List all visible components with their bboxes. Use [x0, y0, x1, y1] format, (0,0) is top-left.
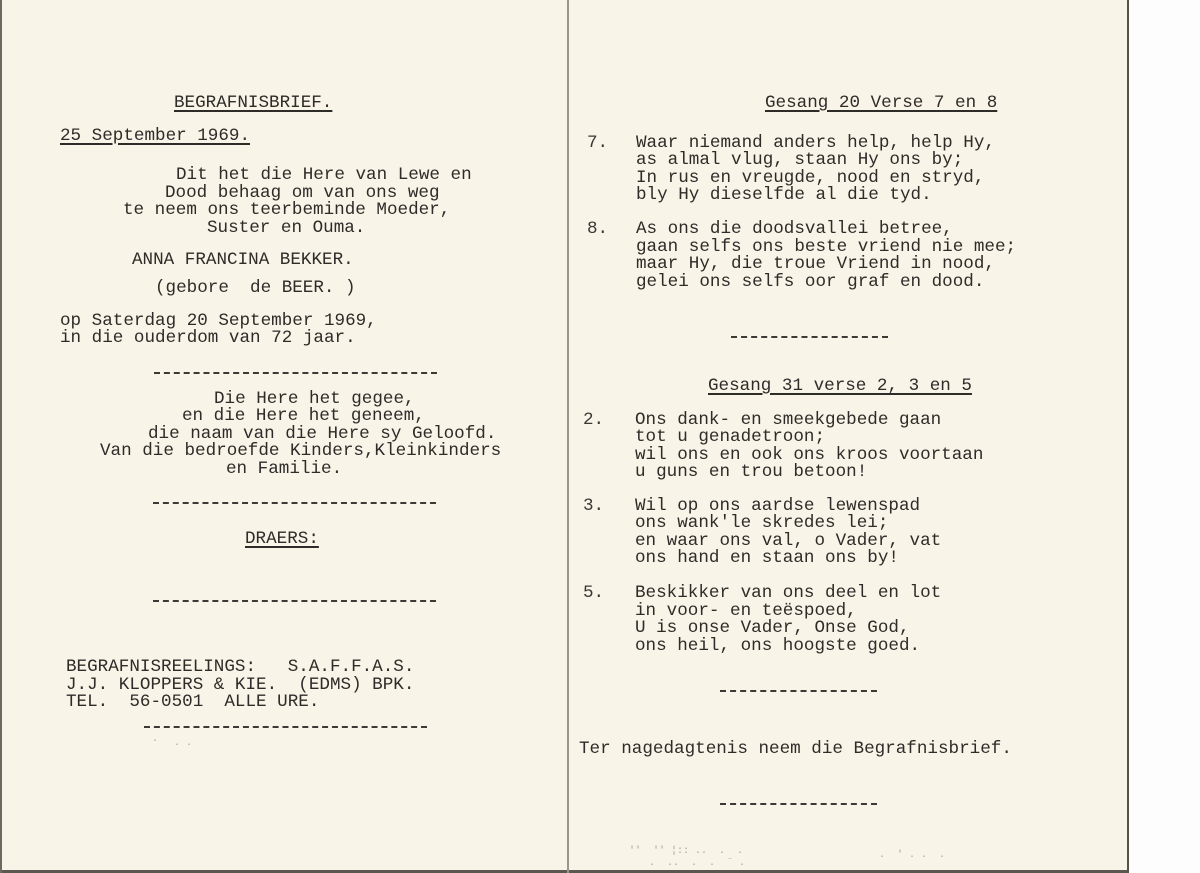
verse-line: tot u genadetroon;	[635, 428, 825, 446]
document-title: BEGRAFNISBRIEF.	[174, 94, 332, 112]
maiden-name: (gebore de BEER. )	[155, 279, 356, 297]
verse-line: Beskikker van ons deel en lot	[635, 584, 941, 602]
separator	[153, 502, 436, 504]
verse-line: gelei ons selfs oor graf en dood.	[636, 273, 984, 291]
scripture-line: en Familie.	[226, 460, 342, 478]
right-page: Gesang 20 Verse 7 en 8 7. Waar niemand a…	[567, 0, 1129, 873]
separator	[144, 726, 427, 728]
verse-number: 3.	[583, 497, 604, 515]
pallbearers-heading: DRAERS:	[245, 530, 319, 548]
separator	[153, 600, 436, 602]
scripture-line: en die Here het geneem,	[182, 407, 425, 425]
verse-line: ons wank'le skredes lei;	[635, 514, 888, 532]
verse-number: 2.	[583, 411, 604, 429]
announcement-line: Dit het die Here van Lewe en	[176, 166, 472, 184]
hymn-heading: Gesang 31 verse 2, 3 en 5	[708, 377, 972, 395]
verse-line: as almal vlug, staan Hy ons by;	[636, 151, 963, 169]
verse-number: 7.	[587, 134, 608, 152]
death-detail-line: in die ouderdom van 72 jaar.	[60, 329, 356, 347]
verse-number: 5.	[583, 584, 604, 602]
hymn-heading: Gesang 20 Verse 7 en 8	[765, 94, 997, 112]
scripture-line: Van die bedroefde Kinders,Kleinkinders	[100, 442, 501, 460]
announcement-line: Suster en Ouma.	[207, 219, 365, 237]
verse-line: maar Hy, die troue Vriend in nood,	[636, 255, 995, 273]
separator	[720, 690, 877, 692]
separator	[731, 336, 888, 338]
closing-remark: Ter nagedagtenis neem die Begrafnisbrief…	[579, 740, 1012, 758]
arrangements-line: TEL. 56-0501 ALLE URE.	[66, 693, 319, 711]
left-page: BEGRAFNISBRIEF. 25 September 1969. Dit h…	[0, 0, 567, 873]
verse-line: ons hand en staan ons by!	[635, 549, 899, 567]
separator	[154, 372, 437, 374]
ink-specks: . .	[174, 738, 192, 749]
bleed-through-marks: . .. . . ¨ .	[649, 858, 745, 869]
separator	[720, 803, 877, 805]
bleed-through-marks: '' '' ¦:: .. . .	[629, 846, 743, 857]
verse-line: As ons die doodsvallei betree,	[636, 220, 953, 238]
verse-line: ons heil, ons hoogste goed.	[635, 637, 920, 655]
ink-specks: .	[152, 734, 158, 745]
verse-line: U is onse Vader, Onse God,	[635, 619, 910, 637]
verse-line: bly Hy dieselfde al die tyd.	[636, 186, 932, 204]
announcement-line: te neem ons teerbeminde Moeder,	[123, 201, 450, 219]
date: 25 September 1969.	[60, 127, 250, 145]
verse-number: 8.	[587, 220, 608, 238]
deceased-name: ANNA FRANCINA BEKKER.	[132, 251, 354, 269]
verse-line: u guns en trou betoon!	[635, 463, 867, 481]
bleed-through-marks: . ' . . .	[879, 850, 945, 861]
arrangements-line: BEGRAFNISREELINGS: S.A.F.F.A.S.	[66, 658, 414, 676]
